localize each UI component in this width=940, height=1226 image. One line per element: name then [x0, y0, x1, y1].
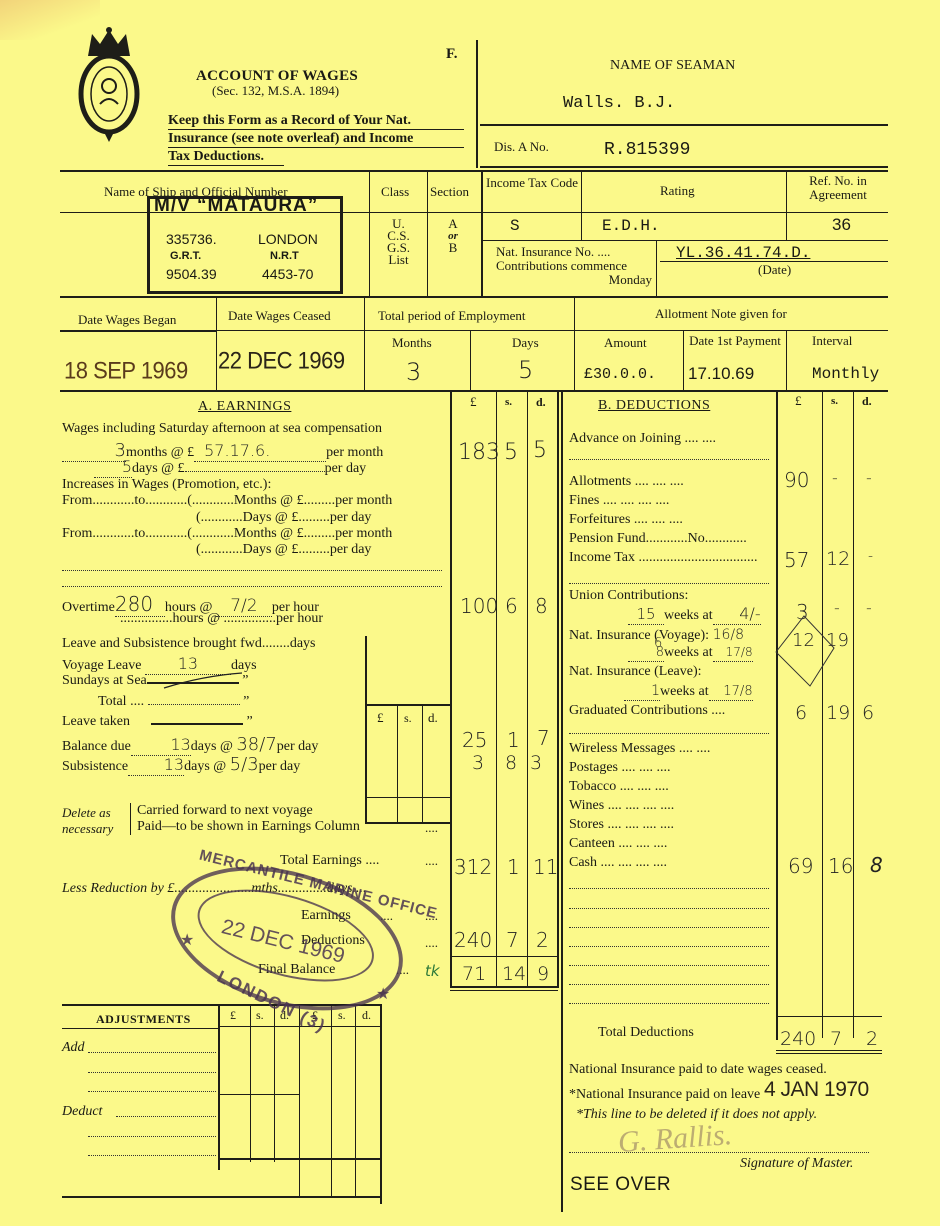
cash-pounds: 69 [788, 854, 813, 878]
subsistence-rate: 5/3 [230, 754, 259, 775]
deduction-wireless-messages: Wireless Messages .... .... [569, 741, 710, 757]
earnings-title: A. EARNINGS [198, 399, 291, 415]
rule [683, 330, 684, 390]
union-rate: 4/- [739, 604, 760, 623]
rule [481, 212, 888, 213]
adjustments-col-shillings: s. [256, 1008, 264, 1023]
rule [218, 1094, 300, 1095]
checked-mark: tk [425, 962, 440, 980]
date-first-payment-label: Date 1st Payment [685, 334, 785, 347]
deduction-wines: Wines .... .... .... .... [569, 798, 674, 814]
board-of-trade-emblem-icon [78, 26, 140, 144]
rule [274, 1004, 275, 1162]
rule [250, 1004, 251, 1162]
earnings-deductions-shillings: 7 [506, 928, 519, 952]
ni-number-value: YL.36.41.74.D. [676, 244, 810, 262]
adjustments-col-pounds: £ [230, 1008, 236, 1023]
master-signature: G. Rallis. [617, 1118, 733, 1160]
rule [776, 1016, 882, 1017]
total-deductions-label: Total Deductions [598, 1025, 694, 1041]
rule [365, 797, 450, 798]
voyage-leave-label: Voyage Leave [62, 658, 141, 673]
deduct-line-2[interactable] [88, 1136, 216, 1137]
rule [397, 704, 398, 822]
union-pence: - [866, 598, 872, 617]
deduction-tobacco: Tobacco .... .... .... [569, 779, 669, 795]
days-at-label: days @ [184, 759, 226, 774]
deduction-advance-on-joining: Advance on Joining .... .... [569, 431, 716, 447]
income-tax-shillings: 12 [826, 548, 850, 570]
rule [60, 296, 888, 298]
overtime-row-2: ...............hours @ ...............pe… [120, 611, 323, 627]
total-earnings-shillings: 1 [507, 855, 520, 879]
per-day-label: per day [259, 759, 301, 774]
rule [450, 392, 452, 988]
rule [480, 166, 888, 168]
subsistence-days: 13 [164, 755, 184, 774]
rule [786, 170, 787, 240]
months-value: 3 [406, 358, 421, 386]
total-deductions-pounds: 240 [780, 1028, 816, 1050]
months-label: Months [392, 335, 432, 351]
ditto-mark: ” [247, 714, 253, 729]
signature-of-master-label: Signature of Master. [740, 1156, 853, 1172]
rule [776, 1053, 882, 1054]
blank-line [569, 908, 769, 909]
balance-due-shillings: 1 [507, 728, 520, 752]
final-balance-pounds: 71 [462, 963, 486, 985]
graduated-contributions-label: Graduated Contributions .... [569, 703, 725, 719]
ship-rubber-stamp: M/V “MATAURA” 335736. LONDON G.R.T. N.R.… [147, 196, 343, 294]
rating-value: E.D.H. [602, 217, 660, 235]
final-balance-pence: 9 [537, 963, 549, 985]
rule [60, 390, 888, 392]
ni-leave-weeks: 1 [651, 683, 660, 699]
adjustments-col-shillings-2: s. [338, 1008, 346, 1023]
balance-due-pounds: 25 [462, 728, 487, 752]
total-earnings-label: Total Earnings .... [280, 853, 379, 869]
interval-value: Monthly [812, 365, 879, 383]
ni-label-line-2: Contributions commence [496, 259, 652, 273]
paid-option: Paid—to be shown in Earnings Column [137, 819, 360, 835]
rule [480, 124, 888, 126]
balance-due-label: Balance due [62, 739, 131, 754]
add-line-2[interactable] [88, 1072, 216, 1073]
rule [331, 1004, 332, 1198]
stamp-star-icon: ★ [180, 930, 194, 950]
deductions-col-pence: d. [862, 394, 872, 409]
earnings-col-pounds: £ [470, 394, 477, 410]
ni-leave-rate: 17/8 [723, 684, 752, 699]
leave-col-pounds: £ [377, 710, 384, 726]
date-wages-ceased-stamp: 22 DEC 1969 [218, 347, 345, 376]
rule [450, 956, 558, 957]
rule [62, 1196, 382, 1198]
ni-voyage-weeks-2: 8 [656, 645, 664, 660]
deductions-col-pounds: £ [795, 393, 802, 409]
class-options: U. C.S. G.S. List [370, 218, 427, 266]
rule [218, 1158, 380, 1160]
overtime-shillings: 6 [505, 594, 518, 618]
earnings-col-pence: d. [536, 395, 546, 410]
subsistence-label: Subsistence [62, 759, 128, 774]
leave-brought-fwd: Leave and Subsistence brought fwd.......… [62, 636, 316, 652]
rule [364, 298, 365, 390]
date-first-payment-value: 17.10.69 [688, 364, 754, 384]
rule [60, 170, 888, 172]
blank-line [569, 946, 769, 947]
blank-line [569, 459, 769, 460]
form-letter: F. [446, 46, 458, 63]
strike-through-mark [162, 672, 246, 690]
dis-a-no-value: R.815399 [604, 140, 690, 160]
deduct-line-1[interactable] [116, 1116, 216, 1117]
balance-due-days: 13 [170, 735, 190, 754]
grt-label: G.R.T. [170, 250, 201, 262]
date-wages-ceased-label: Date Wages Ceased [228, 308, 331, 324]
ni-label-line-1: Nat. Insurance No. .... [496, 245, 652, 259]
ni-voyage-rate-2: 17/8 [726, 645, 753, 659]
stamp-star-icon: ★ [376, 984, 390, 1004]
union-weeks-row: 15weeks at4/- [628, 604, 761, 625]
rule [557, 392, 559, 988]
rule [481, 170, 483, 298]
amount-label: Amount [604, 335, 647, 351]
cash-pence: 8 [870, 853, 883, 877]
income-tax-code-label: Income Tax Code [484, 176, 580, 190]
interval-label: Interval [812, 333, 852, 349]
keep-note-line-2: Insurance (see note overleaf) and Income [168, 130, 464, 148]
increase-row-1: From............to............(.........… [62, 493, 392, 509]
leave-col-shillings: s. [404, 711, 412, 726]
blank-line [569, 965, 769, 966]
voyage-leave-unit: days [231, 658, 257, 673]
blank-line [569, 888, 769, 889]
deduction-canteen: Canteen .... .... .... [569, 836, 667, 852]
deductions-title: B. DEDUCTIONS [598, 398, 710, 414]
blank-line [569, 583, 769, 584]
rating-label: Rating [660, 183, 695, 199]
union-weeks: 15 [636, 605, 655, 623]
rule [786, 330, 787, 390]
deduction-forfeitures: Forfeitures .... .... .... [569, 512, 683, 528]
nrt-label: N.R.T [270, 250, 299, 262]
nrt-value: 4453-70 [262, 266, 313, 282]
leave-taken-label: Leave taken [62, 714, 130, 729]
blank-line [569, 927, 769, 928]
ni-leave-label: Nat. Insurance (Leave): [569, 664, 702, 680]
carried-forward-option: Carried forward to next voyage [137, 803, 360, 819]
total-days-row: Total .... ” [98, 694, 249, 710]
rule [581, 170, 582, 212]
total-earnings-pounds: 312 [454, 855, 492, 879]
allotments-pence: - [866, 468, 872, 487]
keep-form-note: Keep this Form as a Record of Your Nat. … [168, 112, 464, 166]
dis-a-no-label: Dis. A No. [494, 139, 549, 155]
section-a: A [428, 218, 478, 230]
ni-number-label: Nat. Insurance No. .... Contributions co… [496, 245, 652, 287]
blank-line [569, 984, 769, 985]
section-label: Section [430, 184, 469, 200]
rule [450, 986, 558, 988]
rule [299, 1004, 300, 1198]
keep-note-line-3: Tax Deductions. [168, 148, 284, 166]
name-of-seaman-label: NAME OF SEAMAN [610, 58, 735, 74]
total-deductions-shillings: 7 [830, 1028, 842, 1050]
ni-voyage-rate: 16/8 [713, 627, 744, 643]
allotments-pounds: 90 [784, 468, 809, 492]
overtime-pounds: 100 [460, 594, 498, 618]
total-days-label: Total [98, 694, 127, 709]
income-tax-pence: - [868, 548, 873, 564]
total-deductions-pence: 2 [866, 1028, 878, 1050]
deduction-postages: Postages .... .... .... [569, 760, 671, 776]
blank-line [62, 586, 442, 587]
rule [853, 392, 854, 1038]
increase-row-4: (............Days @ £.........per day [196, 542, 371, 558]
wages-line: Wages including Saturday afternoon at se… [62, 421, 382, 437]
rule [561, 392, 563, 1212]
balance-due-row: Balance due13days @ 38/7per day [62, 734, 318, 756]
increase-row-2: (............Days @ £.........per day [196, 510, 371, 526]
days-value: 5 [518, 356, 533, 384]
allotment-amount: £30.0.0. [584, 366, 656, 383]
header-divider [476, 40, 478, 168]
add-line-1[interactable] [88, 1052, 216, 1053]
final-balance-shillings: 14 [502, 963, 526, 985]
wages-days-value: 5 [122, 457, 132, 476]
allotment-note-label: Allotment Note given for [655, 306, 787, 322]
rule [60, 330, 216, 332]
earnings-col-shillings: s. [505, 396, 512, 408]
delete-as-necessary-label: Delete as necessary [62, 805, 113, 837]
add-label: Add [62, 1040, 85, 1056]
sundays-label: Sundays at Sea [62, 673, 147, 688]
earnings-deductions-pounds: 240 [454, 928, 492, 952]
weeks-at-label: weeks at [664, 608, 713, 623]
adjustments-title: ADJUSTMENTS [96, 1012, 191, 1027]
subsistence-row: Subsistence13days @ 5/3per day [62, 754, 300, 776]
form-subtitle: (Sec. 132, M.S.A. 1894) [212, 83, 339, 99]
deduction-stores: Stores .... .... .... .... [569, 817, 674, 833]
ni-leave-date-stamp: 4 JAN 1970 [762, 1078, 871, 1102]
ni-voyage-text: Nat. Insurance (Voyage): [569, 628, 709, 643]
rule [481, 240, 888, 241]
days-at-label: days @ [191, 739, 233, 754]
deduct-line-3[interactable] [88, 1155, 216, 1156]
deduction-cash: Cash .... .... .... .... [569, 855, 667, 871]
blank-line [62, 570, 442, 571]
income-tax-code-value: S [510, 217, 520, 235]
rule [496, 392, 497, 988]
rule [216, 330, 888, 331]
leader-dots: .... [425, 935, 438, 951]
days-label: Days [512, 335, 539, 351]
wages-days-row: 5days @ £per day [94, 457, 366, 478]
delete-label-line-1: Delete as [62, 805, 113, 821]
ref-no-label: Ref. No. in Agreement [788, 174, 888, 202]
wages-shillings: 5 [504, 440, 518, 465]
add-line-3[interactable] [88, 1091, 216, 1092]
ni-leave-note: *National Insurance paid on leave to [569, 1087, 775, 1103]
leader-dots: .... [425, 853, 438, 869]
keep-note-line-1: Keep this Form as a Record of Your Nat. [168, 112, 464, 130]
deduction-allotments: Allotments .... .... .... [569, 474, 684, 490]
date-wages-began-stamp: 18 SEP 1969 [64, 357, 188, 386]
balance-due-rate: 38/7 [236, 734, 276, 755]
rule [380, 1004, 382, 1204]
days-at-label: days @ £ [132, 461, 185, 476]
rule [216, 298, 217, 390]
rule [470, 330, 471, 390]
cash-shillings: 16 [828, 854, 853, 878]
allotments-shillings: - [832, 468, 838, 487]
per-day-label: per day [277, 739, 319, 754]
rule [355, 1004, 356, 1198]
ni-leave-weeks-row: 1weeks at17/8 [624, 683, 753, 701]
ship-official-number: 335736. [166, 231, 217, 247]
rule [422, 704, 423, 822]
deduction-pension-fund: Pension Fund............No............ [569, 531, 747, 547]
voyage-leave-days: 13 [178, 654, 198, 673]
rule [822, 392, 823, 1038]
deduct-label: Deduct [62, 1104, 102, 1120]
see-over-label: SEE OVER [570, 1174, 671, 1196]
delete-options: Carried forward to next voyage Paid—to b… [130, 803, 360, 835]
total-earnings-pence: 11 [533, 855, 558, 879]
rule [656, 240, 657, 296]
per-day-label: per day [325, 461, 367, 476]
overtime-label: Overtime [62, 600, 115, 615]
class-label: Class [381, 184, 409, 200]
deduction-fines: Fines .... .... .... .... [569, 493, 669, 509]
earnings-deductions-pence: 2 [536, 928, 549, 952]
total-period-label: Total period of Employment [378, 308, 525, 324]
wages-pence: 5 [533, 438, 547, 463]
leave-taken-row: Leave taken ” [62, 714, 253, 730]
pencil-check-diamond-mark [770, 612, 840, 692]
subsistence-pounds: 3 [472, 752, 484, 774]
adjustments-col-pence-2: d. [362, 1008, 371, 1023]
rule [776, 1050, 882, 1051]
rule [776, 392, 778, 1040]
date-label: (Date) [758, 262, 791, 278]
rule [574, 298, 575, 390]
wages-pounds: 183 [458, 440, 500, 465]
rule [581, 212, 582, 240]
grt-value: 9504.39 [166, 266, 217, 282]
leader-dots: .... [425, 820, 438, 836]
leave-col-pence: d. [428, 710, 438, 726]
rule [365, 636, 367, 824]
graduated-shillings: 19 [826, 702, 850, 724]
ref-no-value: 36 [832, 215, 851, 235]
delete-label-line-2: necessary [62, 821, 113, 837]
ship-port: LONDON [258, 231, 318, 247]
union-contributions-label: Union Contributions: [569, 588, 688, 604]
blank-line [569, 733, 769, 734]
ditto-mark: ” [243, 694, 249, 709]
rule [527, 392, 528, 988]
blank-line [569, 1003, 769, 1004]
seaman-name: Walls. B.J. [563, 94, 675, 113]
rule [365, 704, 450, 706]
rule [218, 1004, 220, 1170]
section-options: A or B [428, 218, 478, 254]
overtime-pence: 8 [535, 594, 548, 618]
subsistence-shillings: 8 [505, 752, 517, 774]
weeks-at-label: weeks at [664, 645, 713, 660]
graduated-pence: 6 [862, 702, 874, 724]
section-b: B [428, 242, 478, 254]
ni-label-line-3: Monday [496, 273, 652, 287]
increases-label: Increases in Wages (Promotion, etc.): [62, 477, 271, 493]
ni-voyage-weeks-row: 8weeks at17/8 [628, 645, 753, 662]
rule [62, 1028, 218, 1029]
subsistence-pence: 3 [530, 752, 542, 774]
rule [450, 990, 558, 991]
increase-row-3: From............to............(.........… [62, 526, 392, 542]
balance-due-pence: 7 [537, 726, 550, 750]
ship-name: M/V “MATAURA” [154, 195, 318, 217]
weeks-at-label: weeks at [660, 684, 709, 699]
date-wages-began-label: Date Wages Began [78, 312, 176, 328]
income-tax-pounds: 57 [784, 548, 809, 572]
ni-paid-note: National Insurance paid to date wages ce… [569, 1062, 827, 1078]
deduction-income-tax: Income Tax .............................… [569, 550, 758, 566]
deductions-col-shillings: s. [831, 395, 838, 407]
graduated-pounds: 6 [795, 702, 807, 724]
signature-line[interactable] [569, 1152, 869, 1153]
